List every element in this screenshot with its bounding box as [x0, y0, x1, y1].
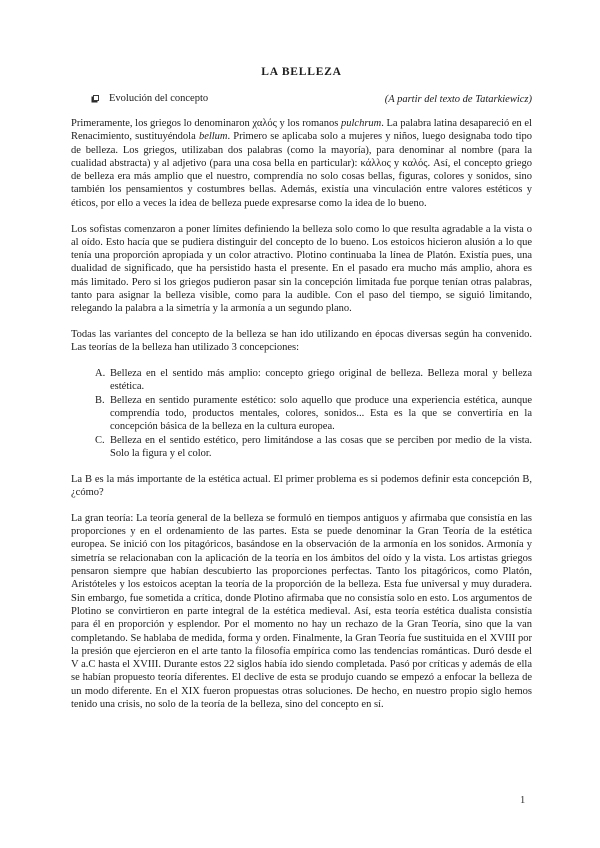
- page-title: LA BELLEZA: [71, 66, 532, 79]
- paragraph-concepcion-b: La B es la más importante de la estética…: [71, 473, 532, 500]
- source-note: (A partir del texto de Tatarkiewicz): [385, 93, 532, 106]
- concept-list: A. Belleza en el sentido más amplio: con…: [95, 367, 532, 460]
- list-marker: A.: [95, 367, 110, 394]
- square-bullet-icon: [93, 95, 99, 101]
- page-number: 1: [520, 794, 525, 807]
- paragraph-sofistas: Los sofistas comenzaron a poner límites …: [71, 223, 532, 316]
- section-header: Evolución del concepto (A partir del tex…: [71, 92, 532, 106]
- document-body: LA BELLEZA Evolución del concepto (A par…: [71, 66, 532, 711]
- paragraph-variantes: Todas las variantes del concepto de la b…: [71, 328, 532, 355]
- list-marker: B.: [95, 394, 110, 434]
- list-item: A. Belleza en el sentido más amplio: con…: [95, 367, 532, 394]
- list-marker: C.: [95, 434, 110, 461]
- paragraph-intro: Primeramente, los griegos lo denominaron…: [71, 117, 532, 210]
- list-item-text: Belleza en el sentido más amplio: concep…: [110, 367, 532, 394]
- document-page: LA BELLEZA Evolución del concepto (A par…: [0, 0, 600, 848]
- list-item-text: Belleza en el sentido estético, pero lim…: [110, 434, 532, 461]
- section-heading: Evolución del concepto: [109, 92, 208, 105]
- list-item: C. Belleza en el sentido estético, pero …: [95, 434, 532, 461]
- list-item: B. Belleza en sentido puramente estético…: [95, 394, 532, 434]
- list-item-text: Belleza en sentido puramente estético: s…: [110, 394, 532, 434]
- section-heading-group: Evolución del concepto: [71, 92, 208, 105]
- paragraph-gran-teoria: La gran teoría: La teoría general de la …: [71, 512, 532, 711]
